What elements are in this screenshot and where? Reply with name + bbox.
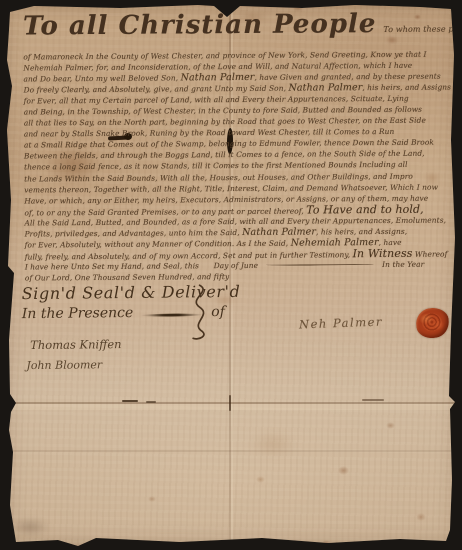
stain xyxy=(338,466,349,475)
text-segment: I have here Unto Set my Hand, and Seal, … xyxy=(25,261,258,272)
stain xyxy=(322,540,331,546)
text-segment: Whereof xyxy=(412,249,447,258)
text-segment: , have Given and granted, and by these p… xyxy=(254,72,440,82)
document-line: To all Christian PeopleTo whom these pre… xyxy=(23,19,451,52)
stain xyxy=(386,422,395,429)
text-segment: , have xyxy=(379,238,402,247)
text-segment: , his heirs, and Assigns xyxy=(362,83,451,93)
deed-body-text: To all Christian PeopleTo whom these pre… xyxy=(23,19,453,284)
text-segment: , his heirs, and Assigns, xyxy=(316,227,407,237)
attestation-flourish xyxy=(186,283,217,341)
parchment-document: To all Christian PeopleTo whom these pre… xyxy=(0,0,462,550)
faint-fold-crease xyxy=(8,450,452,452)
text-segment: of Our Lord, One Thousand Seven Hundred,… xyxy=(25,272,229,282)
text-segment: To all Christian People xyxy=(23,19,376,33)
stain xyxy=(250,430,296,458)
text-segment: In the Year xyxy=(382,260,424,269)
text-segment xyxy=(266,263,374,266)
witness-signature-2: John Bloomer xyxy=(26,357,241,372)
text-segment: Nathan Palmer xyxy=(242,226,316,238)
text-segment: Nathan Palmer xyxy=(288,82,362,94)
presence-text: In the Presence xyxy=(22,305,134,322)
text-segment: and Do bear, Unto my well Beloved Son, xyxy=(23,73,180,83)
grantor-signature: Neh Palmer xyxy=(299,315,383,332)
horizontal-fold-highlight xyxy=(6,404,456,410)
photo-backdrop: To all Christian PeopleTo whom these pre… xyxy=(0,0,462,550)
stain xyxy=(256,476,265,483)
text-segment: Do freely Clearly, and Absolutely, give,… xyxy=(24,84,289,95)
stain xyxy=(148,496,156,502)
stain xyxy=(416,513,426,521)
text-segment: To whom these presents Shall Come, I Neh… xyxy=(383,22,462,35)
text-segment: Profits, priviledges, and Advantages, un… xyxy=(25,228,243,239)
fold-mark xyxy=(362,399,384,401)
attestation-block: Sign'd Seal'd & Deliver'd In the Presenc… xyxy=(22,282,242,372)
red-wax-seal xyxy=(414,306,451,340)
text-segment: Nathan Palmer xyxy=(181,72,255,84)
stain xyxy=(10,518,50,536)
text-segment: for Ever, Absolutely, without any Manner… xyxy=(25,238,291,249)
